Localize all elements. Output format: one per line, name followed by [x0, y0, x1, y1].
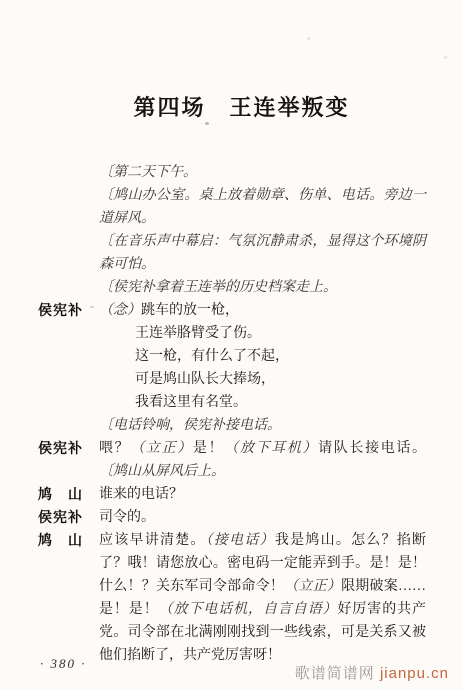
- watermark-site-url[interactable]: jianpu.cn: [380, 665, 449, 682]
- dialogue-text: 喂？: [99, 441, 130, 456]
- verse-line: 我看这里有名堂。: [135, 391, 426, 414]
- dialogue-text: 我看这里有名堂。: [135, 395, 247, 410]
- verse-line: 可是鸠山队长大捧场，: [135, 368, 426, 391]
- watermark: 歌谱简谱网 jianpu.cn: [295, 662, 449, 683]
- dialogue-continuation-line: 了？哦！请您放心。密电码一定能弄到手。是！是！: [99, 552, 426, 575]
- dialogue-text: 是！是！: [99, 602, 159, 617]
- stage-direction: 〔在音乐声中幕启：气氛沉静肃杀，显得这个环境阴: [99, 234, 426, 249]
- verse-line: 这一枪，有什么了不起，: [135, 345, 426, 368]
- stage-direction: 森可怕。: [99, 257, 155, 272]
- dialogue-text: 可是鸠山队长大捧场，: [135, 372, 275, 387]
- stage-direction: 〔鸠山办公室。桌上放着勋章、伤单、电话。旁边一: [99, 188, 426, 203]
- dialogue-continuation-line: 什么！？关东军司令部命令！（立正）限期破案……: [99, 575, 426, 598]
- dialogue-text: 好厉害的共产: [337, 602, 426, 617]
- dialogue-text: 谁来的电话？: [99, 487, 183, 502]
- dialogue-text: 是！: [193, 441, 224, 456]
- dialogue-text: 限期破案……: [341, 579, 426, 594]
- stage-direction-line: 〔鸠山办公室。桌上放着勋章、伤单、电话。旁边一: [99, 184, 426, 207]
- stage-direction-line: 〔第二天下午。: [99, 161, 426, 184]
- stage-direction-line: 〔电话铃响，侯宪补接电话。: [99, 414, 426, 437]
- stage-direction: 〔鸠山从屏风后上。: [99, 464, 225, 479]
- dialogue-line: 鸠 山谁来的电话？: [99, 483, 426, 506]
- parenthetical: （放下电话机，自言自语）: [159, 602, 338, 617]
- page-number: · 380 ·: [40, 656, 87, 672]
- dialogue-line: 侯宪补喂？（立正）是！（放下耳机）请队长接电话。: [99, 437, 426, 460]
- speaker-name: 侯宪补: [38, 506, 83, 529]
- dialogue-text: 党。司令部在北满刚刚找到一些线索，可是关系又被: [99, 625, 426, 640]
- dialogue-text: 王连举胳臂受了伤。: [135, 326, 261, 341]
- stage-direction: 〔电话铃响，侯宪补接电话。: [99, 418, 281, 433]
- verse-line: 王连举胳臂受了伤。: [135, 322, 426, 345]
- stage-direction-line: 〔鸠山从屏风后上。: [99, 460, 426, 483]
- speaker-name: 侯宪补: [38, 299, 83, 322]
- dialogue-text: 什么！？关东军司令部命令！: [99, 579, 284, 594]
- parenthetical: （立正）: [284, 579, 341, 594]
- speaker-name: 鸠 山: [38, 483, 83, 506]
- dialogue-text: 司令的。: [99, 510, 155, 525]
- dialogue-continuation-line: 是！是！（放下电话机，自言自语）好厉害的共产: [99, 598, 426, 621]
- dialogue-continuation-line: 党。司令部在北满刚刚找到一些线索，可是关系又被: [99, 621, 426, 644]
- dialogue-text: 跳车的放一枪，: [141, 303, 239, 318]
- scene-title: 第四场 王连举叛变: [10, 91, 463, 122]
- speaker-name: 鸠 山: [38, 529, 83, 552]
- stage-direction-line: 道屏风。: [99, 207, 426, 230]
- parenthetical: （立正）: [130, 441, 193, 456]
- stage-direction-line: 森可怕。: [99, 253, 426, 276]
- dialogue-text: 请队长接电话。: [318, 441, 426, 456]
- dialogue-text: 了？哦！请您放心。密电码一定能弄到手。是！是！: [99, 556, 426, 571]
- dialogue-text: 他们掐断了，共产党厉害呀！: [99, 648, 281, 663]
- speaker-name: 侯宪补: [38, 437, 83, 460]
- stage-direction-line: 〔侯宪补拿着王连举的历史档案走上。: [99, 276, 426, 299]
- parenthetical: （放下耳机）: [224, 441, 318, 456]
- dialogue-text: 应该早讲清楚。: [99, 533, 206, 548]
- parenthetical: （念）: [99, 303, 141, 318]
- stage-direction: 道屏风。: [99, 211, 155, 226]
- stage-direction-line: 〔在音乐声中幕启：气氛沉静肃杀，显得这个环境阴: [99, 230, 426, 253]
- scan-artifact: [90, 306, 94, 308]
- stage-direction: 〔第二天下午。: [99, 165, 197, 180]
- scan-artifact: [307, 37, 310, 40]
- dialogue-line: 侯宪补（念）跳车的放一枪，: [99, 299, 426, 322]
- book-page: 第四场 王连举叛变 〔第二天下午。〔鸠山办公室。桌上放着勋章、伤单、电话。旁边一…: [0, 0, 463, 690]
- script-body: 〔第二天下午。〔鸠山办公室。桌上放着勋章、伤单、电话。旁边一道屏风。〔在音乐声中…: [99, 161, 426, 667]
- watermark-site-name: 歌谱简谱网: [295, 665, 375, 682]
- dialogue-line: 侯宪补司令的。: [99, 506, 426, 529]
- dialogue-text: 这一枪，有什么了不起，: [135, 349, 289, 364]
- dialogue-line: 鸠 山应该早讲清楚。（接电话）我是鸠山。怎么？掐断: [99, 529, 426, 552]
- scan-artifact: [444, 56, 447, 59]
- scan-artifact: [205, 122, 209, 125]
- dialogue-text: 我是鸠山。怎么？掐断: [275, 533, 426, 548]
- stage-direction: 〔侯宪补拿着王连举的历史档案走上。: [99, 280, 337, 295]
- parenthetical: （接电话）: [206, 533, 275, 548]
